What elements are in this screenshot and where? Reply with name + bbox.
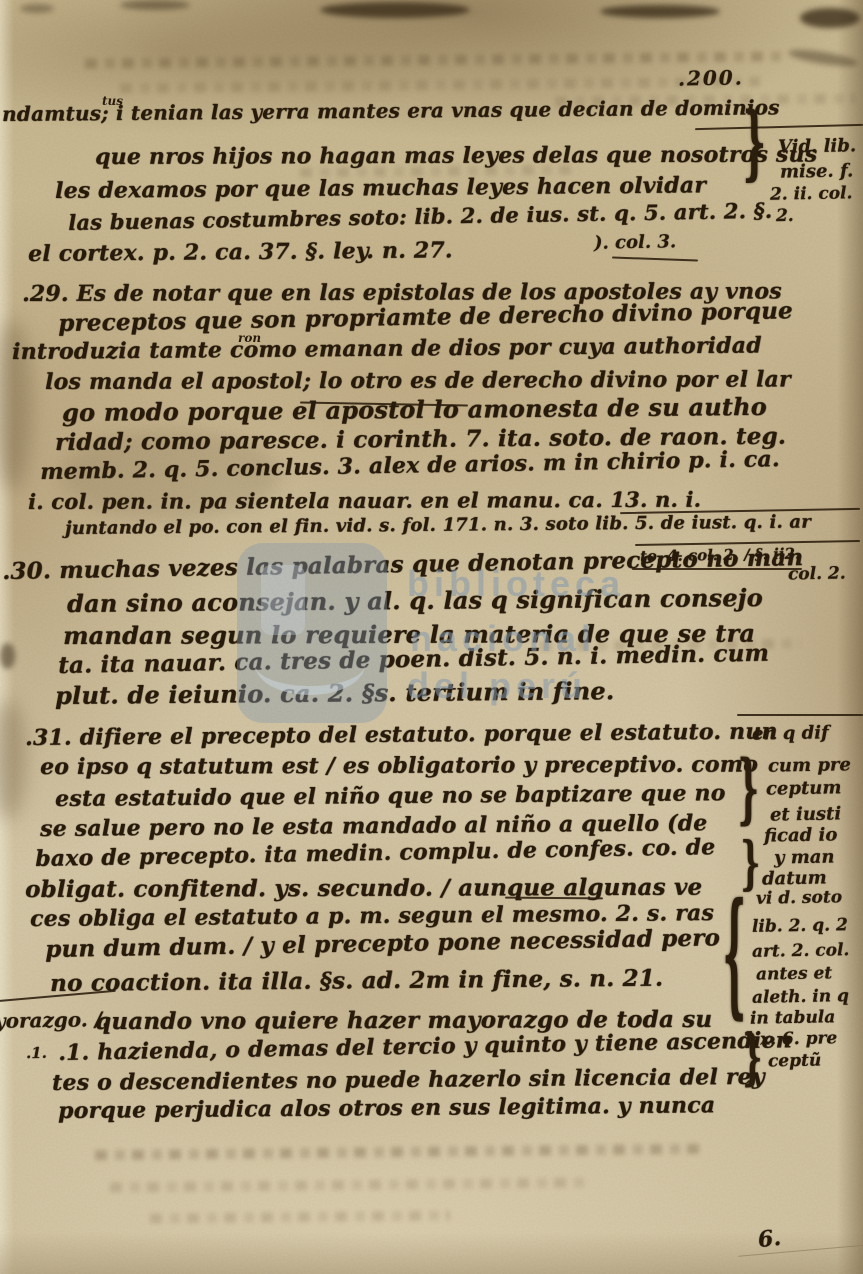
right-margin-note: mise. f.: [780, 162, 854, 181]
right-margin-note: Vid. lib.: [778, 137, 856, 156]
brace-mark: }: [737, 753, 759, 828]
right-margin-note: 2. ii. col.: [770, 185, 853, 203]
right-margin-note: aleth. in q: [752, 988, 849, 1007]
stain: [20, 4, 54, 13]
right-margin-note: 2.: [776, 208, 794, 225]
manuscript-line: pun dum dum. / y el precepto pone necess…: [45, 926, 720, 961]
bleedthrough-row: [95, 1144, 705, 1160]
right-margin-note: cum pre: [768, 756, 851, 775]
bleedthrough-row: [150, 1210, 450, 1223]
stain: [0, 700, 26, 820]
manuscript-line: eo ipso q statutum est / es obligatorio …: [40, 753, 758, 778]
page-edge-left: [0, 0, 14, 1274]
manuscript-line: tes o descendientes no puede hazerlo sin…: [52, 1066, 765, 1094]
manuscript-line: introduzia tamte como emanan de dios por…: [12, 334, 762, 363]
stain: [320, 2, 470, 18]
stain: [120, 0, 190, 10]
right-margin-note: antes et: [756, 965, 832, 983]
watermark-text: nacional: [410, 621, 596, 657]
right-margin-note: ceptũ: [768, 1053, 822, 1071]
stain: [800, 8, 860, 28]
bleedthrough-row: [110, 1177, 590, 1192]
right-margin-note: en q dif: [752, 724, 829, 743]
manuscript-line: las buenas costumbres soto: lib. 2. de i…: [68, 200, 772, 233]
manuscript-line: les dexamos por que las muchas leyes hac…: [55, 174, 706, 202]
superscript-abbreviation: tus: [102, 94, 123, 108]
watermark-text: biblioteca: [407, 566, 625, 602]
right-margin-note: y man: [774, 848, 835, 867]
right-margin-note: col. 2.: [788, 565, 846, 583]
manuscript-line: el cortex. p. 2. ca. 37. §. ley. n. 27.: [28, 239, 453, 265]
superscript-abbreviation: ron: [238, 331, 261, 345]
manuscript-line: baxo de precepto. ita medin. complu. de …: [35, 836, 716, 870]
right-margin-note: et iusti: [770, 805, 842, 824]
corner-page-number: 6.: [757, 1227, 782, 1251]
right-margin-note: ceptum: [766, 779, 842, 798]
folio-number: .200.: [678, 67, 744, 88]
right-margin-note: datum: [762, 869, 827, 888]
stain: [600, 5, 720, 18]
citation-note: ). col. 3.: [594, 233, 676, 252]
manuscript-line: esta estatuido que el niño que no se bap…: [55, 782, 726, 810]
manuscript-line: porque perjudica alos otros en sus legit…: [58, 1094, 715, 1122]
right-margin-note: vi d. soto: [756, 889, 842, 908]
left-margin-note: yorazgo. /.: [0, 1009, 109, 1031]
bleedthrough-row: [120, 77, 760, 94]
right-margin-note: lib. 2. q. 2: [752, 917, 848, 936]
manuscript-line: juntando el po. con el fin. vid. s. fol.…: [65, 513, 811, 538]
manuscript-line: .31. difiere el precepto del estatuto. p…: [25, 720, 778, 749]
right-margin-note: ficad io: [764, 826, 838, 845]
right-margin-note: art. 2. col.: [752, 942, 850, 961]
manuscript-line: que nros hijos no hagan mas leyes delas …: [95, 143, 817, 168]
brace-mark: }: [743, 105, 766, 186]
page-edge-bottom: [0, 1232, 863, 1274]
manuscript-line: los manda el apostol; lo otro es de dere…: [45, 368, 791, 393]
underline: [632, 568, 802, 570]
manuscript-line: go modo porque el apostol lo amonesta de…: [62, 395, 767, 425]
library-logo-watermark-icon: [237, 543, 387, 723]
manuscript-line: no coaction. ita illa. §s. ad. 2m in fin…: [50, 967, 663, 995]
rule-line: [737, 714, 863, 716]
citation-note: to. 4. col. 2. / §. ii2.: [640, 547, 800, 565]
manuscript-page: .200. ndamtus; i tenian las yerra mantes…: [0, 0, 863, 1274]
stain: [0, 643, 15, 669]
left-margin-note: .1.: [26, 1046, 47, 1061]
brace-mark: {: [723, 890, 746, 1025]
underline: [612, 257, 698, 262]
right-margin-note: x. 6. pre: [760, 1030, 838, 1048]
watermark-text: del perú: [407, 668, 587, 704]
manuscript-line: i. col. pen. in. pa sientela nauar. en e…: [28, 489, 701, 512]
